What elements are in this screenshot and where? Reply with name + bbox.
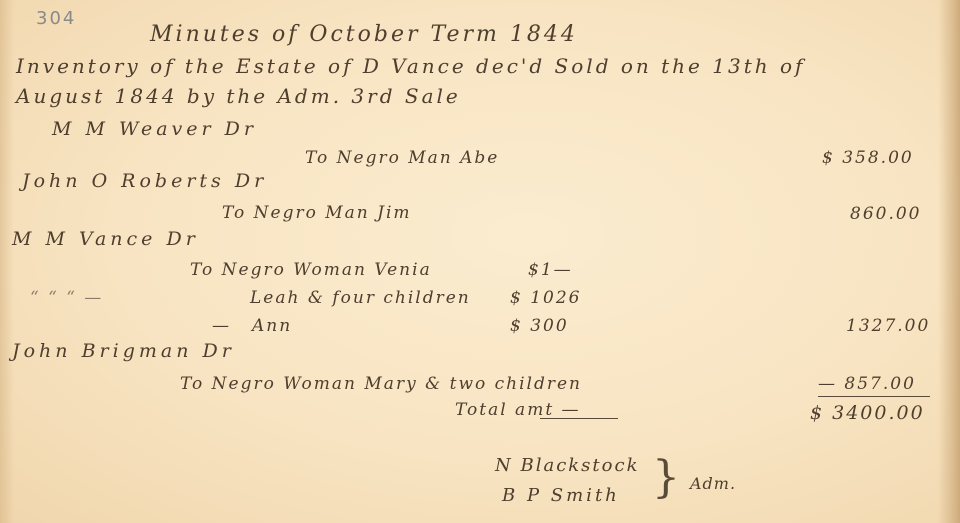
heading-line-1: Inventory of the Estate of D Vance dec'd…: [16, 54, 805, 78]
total-amount: $ 3400.00: [810, 402, 925, 424]
buyer-roberts: John O Roberts Dr: [22, 170, 267, 192]
page-edge-right: [938, 0, 960, 523]
total-label: Total amt —: [455, 400, 581, 420]
page-number: 304: [36, 8, 76, 29]
item-leah: Leah & four children: [250, 288, 471, 308]
manuscript-page: 304 Minutes of October Term 1844 Invento…: [0, 0, 960, 523]
buyer-brigman: John Brigman Dr: [12, 340, 235, 362]
subamount-leah: $ 1026: [510, 288, 581, 308]
item-abe: To Negro Man Abe: [305, 148, 499, 168]
sum-underline: [818, 396, 930, 397]
item-mary: To Negro Woman Mary & two children: [180, 374, 582, 394]
item-ann: Ann: [252, 316, 292, 336]
subamount-ann: $ 300: [510, 316, 569, 336]
amount-jim: 860.00: [850, 204, 921, 224]
buyer-vance: M M Vance Dr: [12, 228, 199, 250]
signature-role: Adm.: [690, 474, 736, 493]
amount-mary: — 857.00: [818, 374, 916, 394]
item-jim: To Negro Man Jim: [222, 203, 412, 223]
item-venia: To Negro Woman Venia: [190, 260, 432, 280]
signature-smith: B P Smith: [502, 485, 620, 506]
amount-abe: $ 358.00: [822, 148, 914, 168]
page-edge-left: [0, 0, 14, 523]
total-label-rule: [540, 418, 618, 419]
amount-vance-total: 1327.00: [846, 316, 930, 336]
signature-blackstock: N Blackstock: [495, 455, 639, 476]
subamount-venia: $1—: [528, 260, 573, 280]
page-title: Minutes of October Term 1844: [150, 22, 578, 47]
dash-ann: —: [212, 316, 231, 336]
buyer-weaver: M M Weaver Dr: [52, 118, 257, 140]
heading-line-2: August 1844 by the Adm. 3rd Sale: [16, 84, 461, 108]
signature-brace: }: [652, 452, 680, 503]
ditto-marks: “ “ “ —: [30, 288, 103, 308]
